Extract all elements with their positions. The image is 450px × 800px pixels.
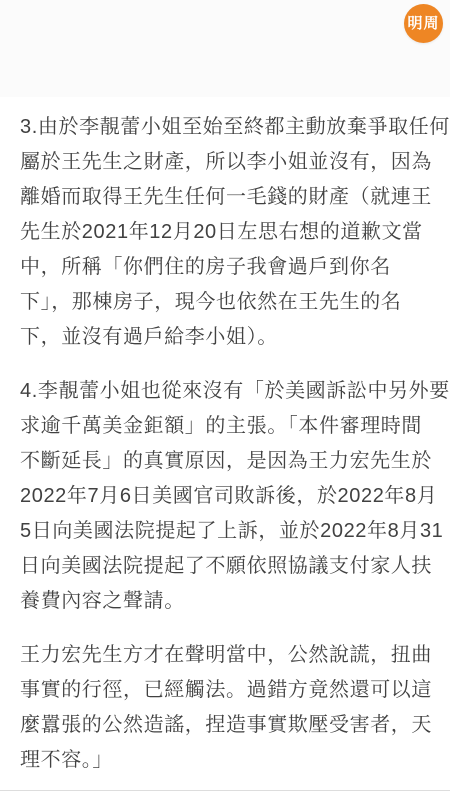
text-line: 屬於王先生之財產，所以李小姐並沒有，因為 (20, 145, 434, 180)
page-top-background (0, 0, 450, 97)
text-line: 下，並沒有過戶給李小姐）。 (20, 320, 434, 355)
text-line: 養費內容之聲請。 (20, 584, 434, 619)
mingpao-weekly-logo: 明周 (404, 4, 443, 43)
article-statement-image: 明周 3.由於李靚蕾小姐至始至終都主動放棄爭取任何屬於王先生之財產，所以李小姐並… (0, 0, 450, 800)
text-line: 王力宏先生方才在聲明當中，公然說謊，扭曲 (20, 638, 434, 673)
paragraph: 4.李靚蕾小姐也從來沒有「於美國訴訟中另外要求逾千萬美金鉅額」的主張。「本件審理… (20, 374, 434, 619)
text-line: 事實的行徑，已經觸法。過錯方竟然還可以這 (20, 673, 434, 708)
paragraph: 王力宏先生方才在聲明當中，公然說謊，扭曲事實的行徑，已經觸法。過錯方竟然還可以這… (20, 638, 434, 778)
text-line: 5日向美國法院提起了上訴，並於2022年8月31 (20, 514, 434, 549)
text-line: 理不容。」 (20, 743, 434, 778)
text-line: 3.由於李靚蕾小姐至始至終都主動放棄爭取任何 (20, 110, 434, 145)
bottom-divider (0, 790, 450, 791)
text-line: 下」，那棟房子，現今也依然在王先生的名 (20, 285, 434, 320)
text-line: 日向美國法院提起了不願依照協議支付家人扶 (20, 549, 434, 584)
text-line: 不斷延長」的真實原因，是因為王力宏先生於 (20, 444, 434, 479)
text-line: 先生於2021年12月20日左思右想的道歉文當 (20, 215, 434, 250)
text-line: 離婚而取得王先生任何一毛錢的財產（就連王 (20, 180, 434, 215)
statement-text: 3.由於李靚蕾小姐至始至終都主動放棄爭取任何屬於王先生之財產，所以李小姐並沒有，… (20, 110, 434, 797)
text-line: 求逾千萬美金鉅額」的主張。「本件審理時間 (20, 409, 434, 444)
text-line: 2022年7月6日美國官司敗訴後，於2022年8月 (20, 479, 434, 514)
text-line: 麼囂張的公然造謠，捏造事實欺壓受害者，天 (20, 708, 434, 743)
text-line: 中，所稱「你們住的房子我會過戶到你名 (20, 250, 434, 285)
paragraph: 3.由於李靚蕾小姐至始至終都主動放棄爭取任何屬於王先生之財產，所以李小姐並沒有，… (20, 110, 434, 355)
logo-text: 明周 (407, 16, 439, 31)
text-line: 4.李靚蕾小姐也從來沒有「於美國訴訟中另外要 (20, 374, 434, 409)
